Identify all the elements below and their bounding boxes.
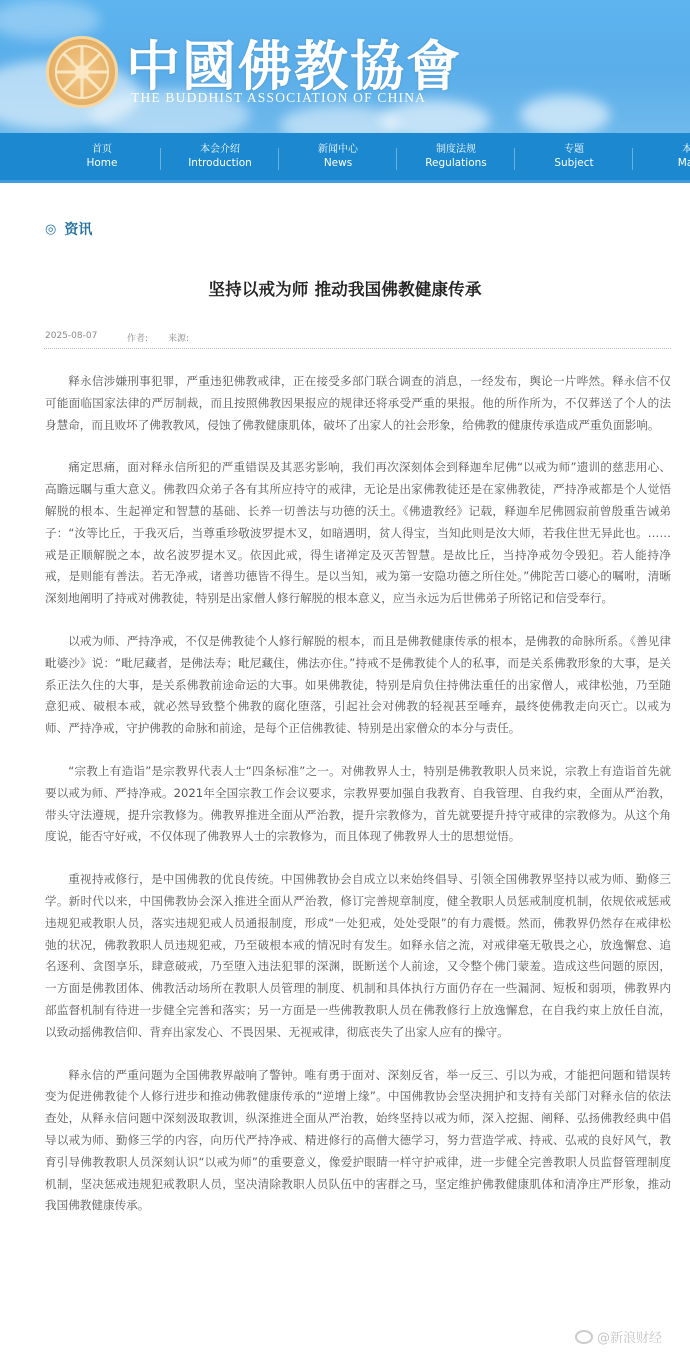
section-heading: ◎ 资讯	[45, 219, 92, 239]
cloud-decoration	[520, 95, 610, 133]
article-paragraph: “宗教上有造诣”是宗教界代表人士“四条标准”之一。对佛教界人士，特别是佛教教职人…	[45, 761, 671, 848]
target-circle-icon: ◎	[45, 222, 56, 237]
author-label: 作者:	[127, 331, 148, 344]
article-title: 坚持以戒为师 推动我国佛教健康传承	[0, 276, 690, 300]
watermark-text: @新浪财经	[597, 1327, 662, 1346]
nav-label-en: News	[324, 156, 352, 170]
article-paragraph: 释永信涉嫌刑事犯罪，严重违犯佛教戒律，正在接受多部门联合调查的消息，一经发布，舆…	[45, 371, 671, 436]
article-meta: 2025-08-07 作者: 来源:	[45, 331, 189, 344]
nav-label-cn: 新闻中心	[318, 143, 358, 156]
meta-divider	[44, 348, 671, 349]
weibo-watermark: @新浪财经	[575, 1327, 662, 1346]
weibo-icon	[575, 1330, 593, 1344]
site-banner: 中國佛教協會 THE BUDDHIST ASSOCIATION OF CHINA	[0, 0, 690, 133]
nav-label-cn: 专题	[564, 143, 584, 156]
section-title[interactable]: 资讯	[64, 219, 92, 239]
nav-label-en: Home	[86, 156, 117, 170]
nav-label-cn: 制度法规	[436, 143, 476, 156]
article-paragraph: 释永信的严重问题为全国佛教界敲响了警钟。唯有勇于面对、深刻反省，举一反三、引以为…	[45, 1065, 671, 1218]
article-paragraph: 以戒为师、严持净戒，不仅是佛教徒个人修行解脱的根本，而且是佛教健康传承的根本，是…	[45, 631, 671, 740]
nav-label-cn: 本会介绍	[200, 143, 240, 156]
nav-label-cn: 本会	[682, 143, 690, 156]
dharma-wheel-logo-icon[interactable]	[46, 36, 118, 108]
site-logo-english: THE BUDDHIST ASSOCIATION OF CHINA	[131, 90, 426, 106]
source-label: 来源:	[168, 331, 189, 344]
article-paragraph: 重视持戒修行，是中国佛教的优良传统。中国佛教协会自成立以来始终倡导、引领全国佛教…	[45, 869, 671, 1043]
nav-label-en: Introduction	[188, 156, 252, 170]
cloud-decoration	[0, 0, 100, 40]
nav-item-home[interactable]: 首页 Home	[43, 133, 161, 180]
nav-item-regulations[interactable]: 制度法规 Regulations	[397, 133, 515, 180]
main-nav: 首页 Home 本会介绍 Introduction 新闻中心 News 制度法规…	[0, 133, 690, 183]
article-paragraph: 痛定思痛，面对释永信所犯的严重错误及其恶劣影响，我们再次深刻体会到释迦牟尼佛“以…	[45, 457, 671, 610]
nav-label-en: Subject	[554, 156, 593, 170]
nav-item-subject[interactable]: 专题 Subject	[515, 133, 633, 180]
nav-label-en: Regulations	[425, 156, 487, 170]
nav-item-introduction[interactable]: 本会介绍 Introduction	[161, 133, 279, 180]
nav-item-news[interactable]: 新闻中心 News	[279, 133, 397, 180]
nav-label-en: Maga	[678, 156, 690, 170]
nav-item-magazine[interactable]: 本会 Maga	[633, 133, 690, 180]
article-body: 释永信涉嫌刑事犯罪，严重违犯佛教戒律，正在接受多部门联合调查的消息，一经发布，舆…	[45, 371, 671, 1238]
nav-label-cn: 首页	[92, 143, 112, 156]
publish-date: 2025-08-07	[45, 331, 107, 344]
